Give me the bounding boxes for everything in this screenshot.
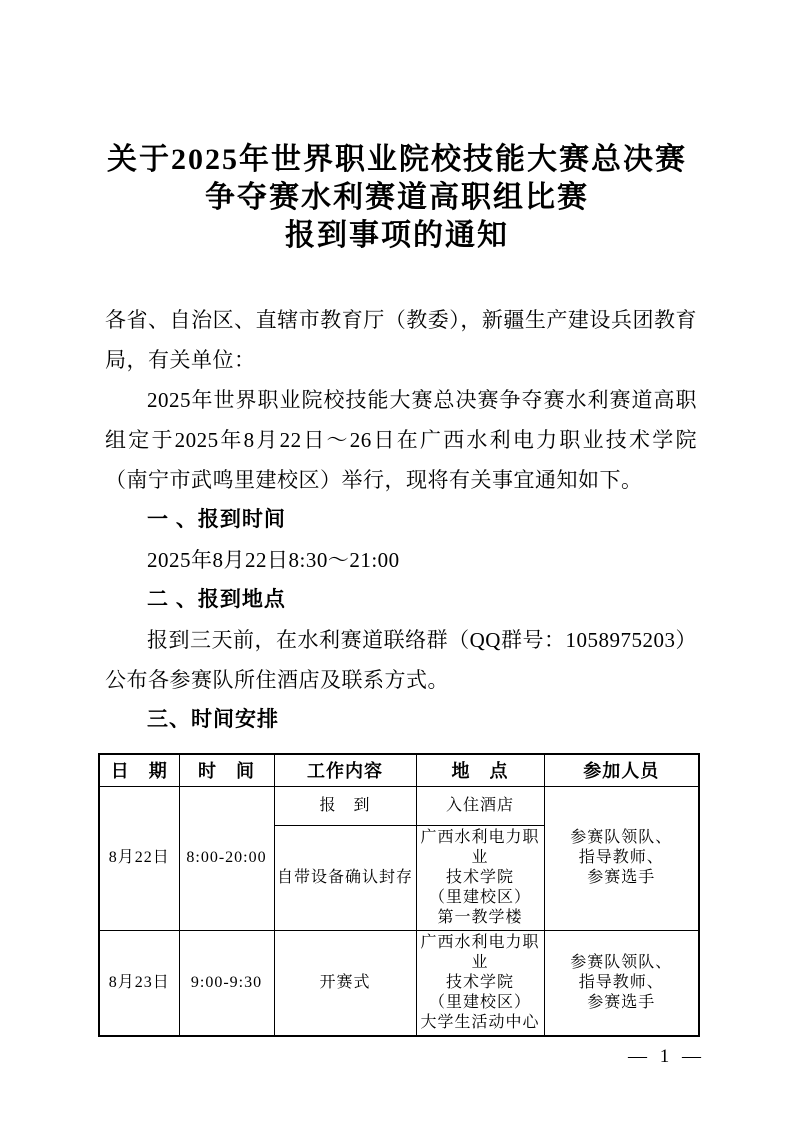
cell-activity-equipment: 自带设备确认封存	[274, 825, 416, 930]
section-heading-registration-time: 一 、报到时间	[105, 500, 697, 540]
title-line-1: 关于2025年世界职业院校技能大赛总决赛	[0, 141, 794, 179]
document-page: 关于2025年世界职业院校技能大赛总决赛 争夺赛水利赛道高职组比赛 报到事项的通…	[0, 0, 794, 1123]
header-date: 日 期	[99, 754, 179, 786]
section-heading-registration-place: 二 、报到地点	[105, 580, 697, 620]
document-title: 关于2025年世界职业院校技能大赛总决赛 争夺赛水利赛道高职组比赛 报到事项的通…	[0, 0, 794, 255]
schedule-table: 日 期 时 间 工作内容 地 点 参加人员 8月22日 8:00-20:00 报…	[98, 753, 700, 1037]
page-number: — 1 —	[628, 1046, 702, 1068]
schedule-table-wrapper: 日 期 时 间 工作内容 地 点 参加人员 8月22日 8:00-20:00 报…	[98, 753, 794, 1037]
cell-date-aug22: 8月22日	[99, 786, 179, 930]
title-line-3: 报到事项的通知	[0, 217, 794, 255]
cell-date-aug23: 8月23日	[99, 930, 179, 1036]
cell-activity-opening: 开赛式	[274, 930, 416, 1036]
header-location: 地 点	[416, 754, 544, 786]
table-row-aug23: 8月23日 9:00-9:30 开赛式 广西水利电力职业 技术学院 （里建校区）…	[99, 930, 699, 1036]
cell-time-aug23: 9:00-9:30	[179, 930, 274, 1036]
table-row-aug22-checkin: 8月22日 8:00-20:00 报 到 入住酒店 参赛队领队、 指导教师、 参…	[99, 786, 699, 825]
header-participants: 参加人员	[544, 754, 699, 786]
document-body: 各省、自治区、直辖市教育厅（教委），新疆生产建设兵团教育局，有关单位： 2025…	[105, 300, 697, 740]
cell-activity-checkin: 报 到	[274, 786, 416, 825]
cell-location-equipment: 广西水利电力职业 技术学院 （里建校区） 第一教学楼	[416, 825, 544, 930]
salutation-paragraph: 各省、自治区、直辖市教育厅（教委），新疆生产建设兵团教育局，有关单位：	[105, 300, 697, 380]
cell-participants-aug22: 参赛队领队、 指导教师、 参赛选手	[544, 786, 699, 930]
cell-time-aug22: 8:00-20:00	[179, 786, 274, 930]
header-activity: 工作内容	[274, 754, 416, 786]
registration-place-text: 报到三天前，在水利赛道联络群（QQ群号：1058975203）公布各参赛队所住酒…	[105, 620, 697, 700]
cell-location-checkin: 入住酒店	[416, 786, 544, 825]
cell-participants-aug23: 参赛队领队、 指导教师、 参赛选手	[544, 930, 699, 1036]
header-time: 时 间	[179, 754, 274, 786]
title-line-2: 争夺赛水利赛道高职组比赛	[0, 179, 794, 217]
schedule-header-row: 日 期 时 间 工作内容 地 点 参加人员	[99, 754, 699, 786]
cell-location-opening: 广西水利电力职业 技术学院 （里建校区） 大学生活动中心	[416, 930, 544, 1036]
section-heading-schedule: 三、时间安排	[105, 700, 697, 740]
intro-paragraph: 2025年世界职业院校技能大赛总决赛争夺赛水利赛道高职组定于2025年8月22日…	[105, 380, 697, 500]
registration-time-text: 2025年8月22日8:30～21:00	[105, 540, 697, 580]
